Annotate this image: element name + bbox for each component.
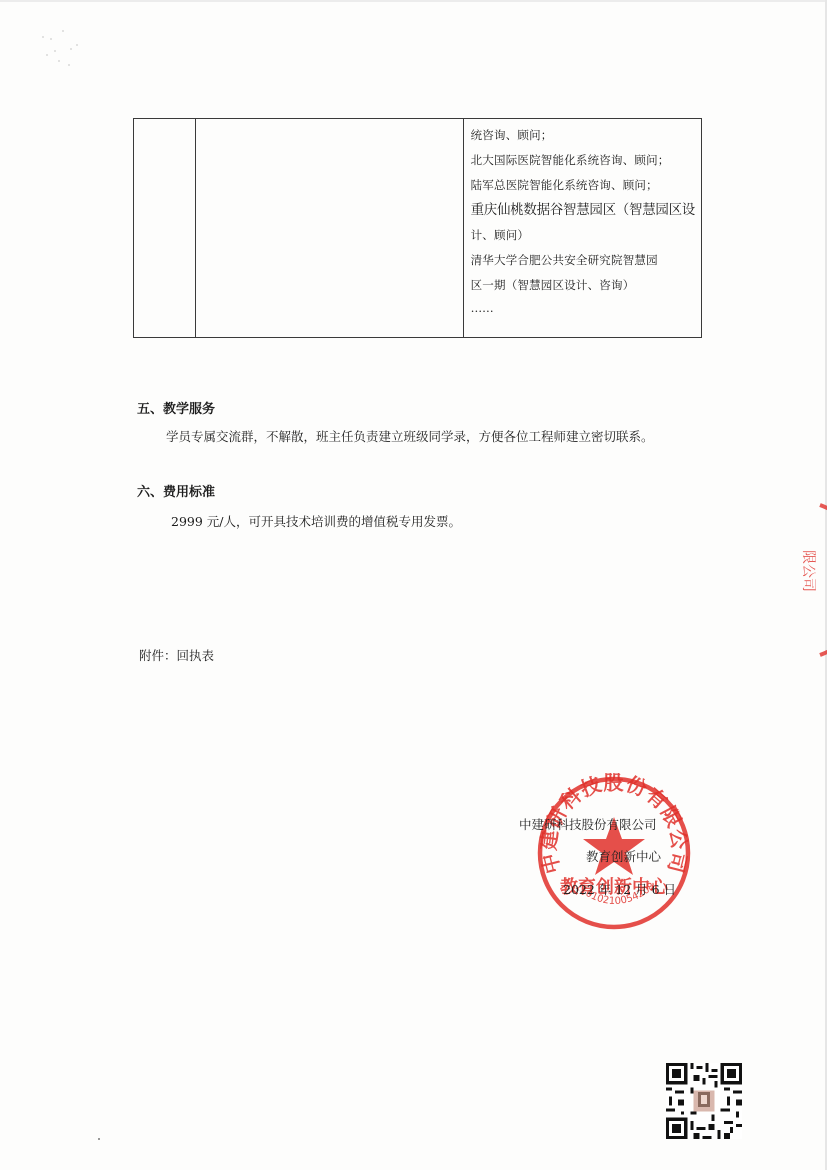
project-line: 重庆仙桃数据谷智慧园区（智慧园区设 [471,198,695,223]
attachment-note: 附件：回执表 [139,646,214,664]
project-line: 统咨询、顾问； [471,123,695,148]
project-line: 清华大学合肥公共安全研究院智慧园 [471,248,695,273]
table-row: 统咨询、顾问； 北大国际医院智能化系统咨询、顾问； 陆军总医院智能化系统咨询、顾… [134,119,702,338]
table-cell-index [134,119,196,338]
section-heading-teaching-service: 五、教学服务 [137,398,215,417]
section-heading-fee-standard: 六、费用标准 [137,481,215,500]
signature-date: 2022 年 12 月 6 日 [563,880,676,898]
project-line: 北大国际医院智能化系统咨询、顾问； [471,148,695,173]
qr-code-icon[interactable] [666,1063,742,1139]
project-line-ellipsis: …… [471,298,695,318]
section-body-fee-standard: 2999 元/人，可开具技术培训费的增值税专用发票。 [171,512,461,530]
table-cell-projects: 统咨询、顾问； 北大国际医院智能化系统咨询、顾问； 陆军总医院智能化系统咨询、顾… [463,119,701,338]
project-line: 计、顾问） [471,223,695,248]
case-table-continuation: 统咨询、顾问； 北大国际医院智能化系统咨询、顾问； 陆军总医院智能化系统咨询、顾… [133,118,702,338]
signature-company: 中建研科技股份有限公司 [519,815,657,833]
signature-department: 教育创新中心 [586,847,661,865]
side-seal-text: 限公司 [800,550,816,592]
project-line: 区一期（智慧园区设计、咨询） [471,273,695,298]
table-cell-content [196,119,463,338]
page-edge-top [0,0,827,2]
project-line: 陆军总医院智能化系统咨询、顾问； [471,173,695,198]
section-body-teaching-service: 学员专属交流群，不解散，班主任负责建立班级同学录，方便各位工程师建立密切联系。 [166,427,654,445]
scan-specks [40,20,100,80]
scan-speck [98,1138,100,1140]
partial-side-seal-icon: 限公司 [790,495,827,665]
